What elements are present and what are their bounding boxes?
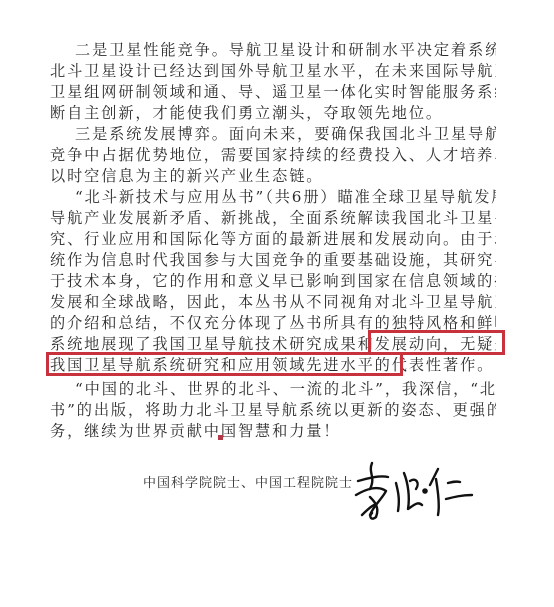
paragraph-line: 卫星组网研制领域和通、导、遥卫星一体化实时智能服务系统构建中，还要不 <box>50 82 496 103</box>
paragraph-line: 断自主创新，才能使我们勇立潮头，夺取领先地位。 <box>50 103 496 124</box>
paragraph-line: 三是系统发展博弈。面向未来，要确保我国北斗卫星导航系统在发展与 <box>75 124 496 145</box>
document-page: 二是卫星性能竞争。导航卫星设计和研制水平决定着系统的性能，目前 北斗卫星设计已经… <box>0 0 554 607</box>
paragraph-line: 务，继续为世界贡献中国智慧和力量！ <box>50 421 496 442</box>
paragraph-line: 竞争中占据优势地位，需要国家持续的经费投入、人才培养、产业推广，构建 <box>50 145 496 166</box>
paragraph-line: “中国的北斗、世界的北斗、一流的北斗”，我深信，“北斗新技术与应用丛 <box>75 379 496 400</box>
paragraph-line: 的介绍和总结，不仅充分体现了丛书所具有的独特风格和鲜明特色，更全面 <box>50 313 496 334</box>
paragraph-line: 导航产业发展新矛盾、新挑战，全面系统解读我国北斗卫星导航系统技术研 <box>50 208 496 229</box>
paragraph-line: “北斗新技术与应用丛书”（共6册）瞄准全球卫星导航发展前沿和我国 <box>75 187 496 208</box>
paragraph-line: 统作为信息时代我国参与大国竞争的重要基础设施，其研究与发展不只局限 <box>50 250 496 271</box>
paragraph-line: 发展和全球战略，因此，本丛书从不同视角对北斗卫星导航系统进行全方位 <box>50 292 496 313</box>
paragraph-line: 系统地展现了我国卫星导航技术研究成果和发展动向，无疑是一套综合反映 <box>50 334 496 355</box>
paragraph-line: 于技术本身，它的作用和意义早已影响到国家在信息领域的技术进步、产业 <box>50 271 496 292</box>
paragraph-line: 二是卫星性能竞争。导航卫星设计和研制水平决定着系统的性能，目前 <box>75 40 496 61</box>
red-marker-dot <box>218 435 223 440</box>
paragraph-line: 我国卫星导航系统研究和应用领域先进水平的代表性著作。 <box>50 355 496 376</box>
paragraph-line: 书”的出版，将助力北斗卫星导航系统以更新的姿态、更强的能力、更优的服 <box>50 400 496 421</box>
handwritten-signature-icon <box>352 455 477 525</box>
paragraph-line: 北斗卫星设计已经达到国外导航卫星水平，在未来国际导航卫星高、中、低轨 <box>50 61 496 82</box>
signature-title: 中国科学院院士、中国工程院院士 <box>143 472 353 491</box>
paragraph-line: 究、行业应用和国际化等方面的最新进展和发展动向。由于北斗卫星导航系 <box>50 229 496 250</box>
paragraph-line: 以时空信息为主的新兴产业生态链。 <box>50 166 496 187</box>
